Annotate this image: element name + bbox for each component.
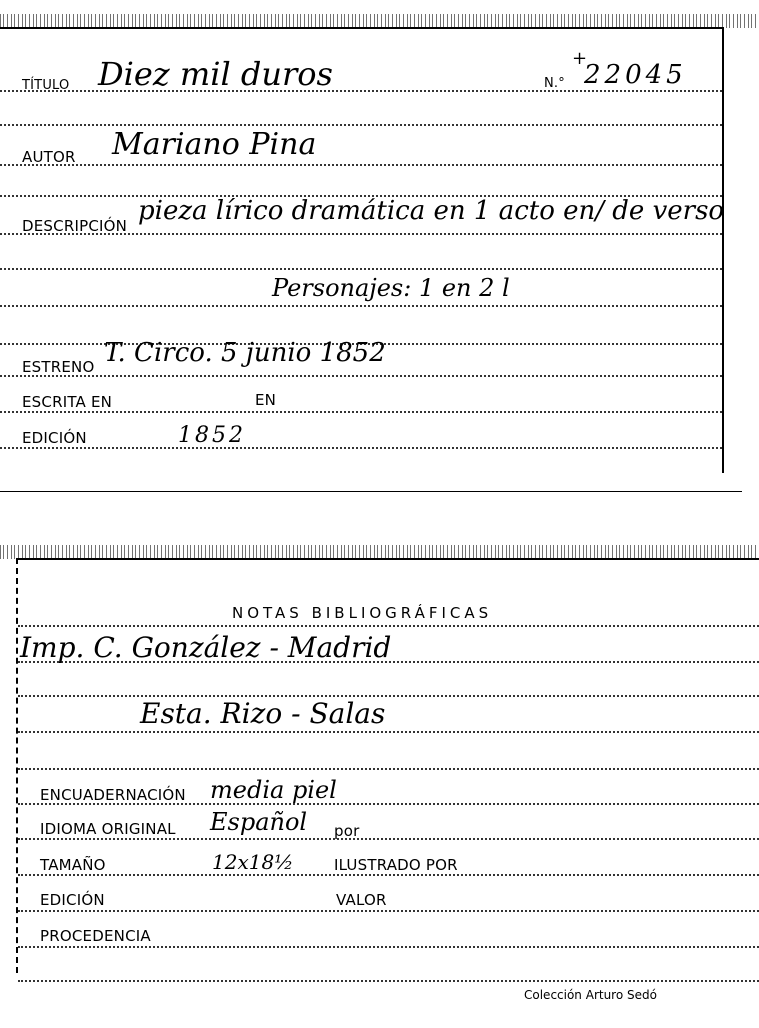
descripcion-value-line2: Personajes: 1 en 2 l bbox=[272, 276, 510, 300]
procedencia-label: PROCEDENCIA bbox=[40, 929, 151, 944]
tamano-label: TAMAÑO bbox=[40, 858, 106, 873]
ruled-line bbox=[0, 268, 722, 270]
ruled-line bbox=[18, 838, 759, 840]
autor-value: Mariano Pina bbox=[112, 130, 316, 160]
encuadernacion-value: media piel bbox=[210, 778, 337, 802]
ruled-line bbox=[18, 731, 759, 733]
encuadernacion-label: ENCUADERNACIÓN bbox=[40, 788, 186, 803]
card-divider bbox=[0, 491, 742, 492]
numero-value: 22045 bbox=[584, 62, 687, 88]
descripcion-value-line1: pieza lírico dramática en 1 acto en/ de … bbox=[138, 198, 724, 224]
ruled-line bbox=[0, 305, 722, 307]
card-bottom-edge-noise bbox=[0, 545, 759, 559]
ruled-line bbox=[0, 124, 722, 126]
escrita-en-label: ESCRITA EN bbox=[22, 395, 112, 410]
numero-label: N.° bbox=[544, 77, 565, 90]
tamano-value: 12x18½ bbox=[212, 852, 294, 872]
ruled-line bbox=[18, 768, 759, 770]
descripcion-label: DESCRIPCIÓN bbox=[22, 219, 127, 234]
edicion-label: EDICIÓN bbox=[22, 431, 87, 446]
por-label: por bbox=[334, 824, 359, 839]
ruled-line bbox=[0, 447, 722, 449]
ruled-line bbox=[18, 980, 759, 982]
estreno-label: ESTRENO bbox=[22, 360, 95, 375]
valor-label: VALOR bbox=[336, 893, 387, 908]
idioma-original-value: Español bbox=[210, 810, 307, 834]
card-top-right-border bbox=[722, 27, 724, 473]
idioma-original-label: IDIOMA ORIGINAL bbox=[40, 822, 176, 837]
ilustrado-por-label: ILUSTRADO POR bbox=[334, 858, 458, 873]
ruled-line bbox=[0, 164, 722, 166]
note-line-2: Esta. Rizo - Salas bbox=[140, 700, 385, 728]
collection-footer: Colección Arturo Sedó bbox=[524, 988, 657, 1002]
ruled-line bbox=[18, 695, 759, 697]
ruled-line bbox=[18, 625, 759, 627]
ruled-line bbox=[0, 411, 722, 413]
edicion-bottom-label: EDICIÓN bbox=[40, 893, 105, 908]
autor-label: AUTOR bbox=[22, 150, 76, 165]
card-top-edge-noise bbox=[0, 14, 759, 28]
titulo-label: TÍTULO bbox=[22, 79, 69, 92]
card-bottom-border bbox=[16, 558, 759, 560]
notas-heading: NOTAS BIBLIOGRÁFICAS bbox=[232, 606, 492, 621]
card-top-border bbox=[0, 27, 724, 29]
escrita-en-secondary-label: EN bbox=[255, 393, 276, 408]
ruled-line bbox=[0, 375, 722, 377]
estreno-value: T. Circo. 5 junio 1852 bbox=[104, 340, 386, 366]
titulo-value: Diez mil duros bbox=[98, 58, 333, 90]
ruled-line bbox=[18, 910, 759, 912]
ruled-line bbox=[18, 874, 759, 876]
ruled-line bbox=[18, 946, 759, 948]
note-line-1: Imp. C. González - Madrid bbox=[20, 634, 391, 662]
edicion-value: 1852 bbox=[178, 425, 246, 447]
